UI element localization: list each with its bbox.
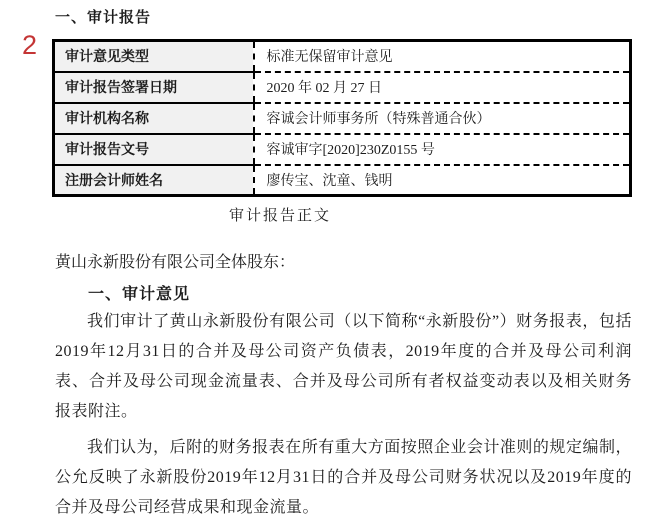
- salutation-line: 黄山永新股份有限公司全体股东：: [55, 249, 295, 272]
- row-label-opinion-type: 审计意见类型: [54, 41, 254, 72]
- row-value-audit-firm: 容诚会计师事务所（特殊普通合伙）: [254, 103, 631, 134]
- table-row: 审计意见类型 标准无保留审计意见: [54, 41, 631, 72]
- paragraph-audit-scope: 我们审计了黄山永新股份有限公司（以下简称“永新股份”）财务报表，包括2019年1…: [55, 307, 632, 427]
- row-value-cpa-names: 廖传宝、沈童、钱明: [254, 165, 631, 196]
- paragraph-audit-conclusion: 我们认为，后附的财务报表在所有重大方面按照企业会计准则的规定编制，公允反映了永新…: [55, 433, 632, 523]
- table-row: 审计报告签署日期 2020 年 02 月 27 日: [54, 72, 631, 103]
- row-label-cpa-names: 注册会计师姓名: [54, 165, 254, 196]
- audit-summary-table: 审计意见类型 标准无保留审计意见 审计报告签署日期 2020 年 02 月 27…: [52, 39, 632, 197]
- row-label-sign-date: 审计报告签署日期: [54, 72, 254, 103]
- row-value-sign-date: 2020 年 02 月 27 日: [254, 72, 631, 103]
- document-page: 一、审计报告 2 审计意见类型 标准无保留审计意见 审计报告签署日期 2020 …: [0, 0, 646, 524]
- table-row: 注册会计师姓名 廖传宝、沈童、钱明: [54, 165, 631, 196]
- report-body-subtitle: 审计报告正文: [0, 204, 560, 225]
- opinion-section-heading: 一、审计意见: [88, 281, 190, 304]
- margin-number-marker: 2: [22, 32, 37, 59]
- section-title: 一、审计报告: [55, 6, 151, 27]
- row-value-report-number: 容诚审字[2020]230Z0155 号: [254, 134, 631, 165]
- row-label-report-number: 审计报告文号: [54, 134, 254, 165]
- table-row: 审计机构名称 容诚会计师事务所（特殊普通合伙）: [54, 103, 631, 134]
- table-row: 审计报告文号 容诚审字[2020]230Z0155 号: [54, 134, 631, 165]
- row-value-opinion-type: 标准无保留审计意见: [254, 41, 631, 72]
- row-label-audit-firm: 审计机构名称: [54, 103, 254, 134]
